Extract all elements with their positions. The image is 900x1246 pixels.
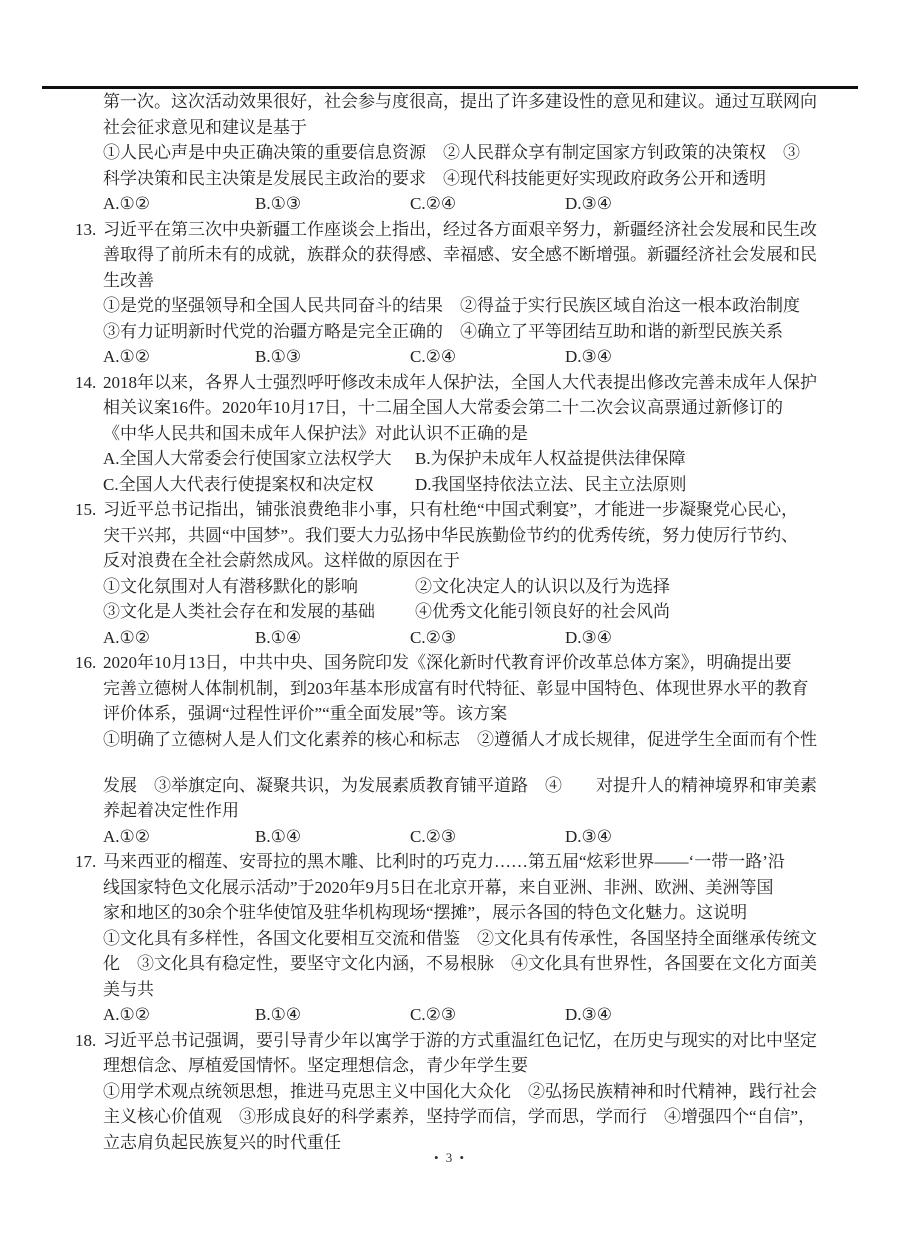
answer-row: A.①②B.①④C.②③D.③④ bbox=[75, 824, 875, 850]
answer-row: A.①②B.①③C.②④D.③④ bbox=[75, 344, 875, 370]
question-text: 2020年10月13日，中共中央、国务院印发《深化新时代教育评价改革总体方案》，… bbox=[103, 653, 792, 672]
answer-option-b: B.为保护未成年人权益提供法律保障 bbox=[415, 446, 686, 472]
answer-row-ab: A.全国人大常委会行使国家立法权学大B.为保护未成年人权益提供法律保障 bbox=[75, 446, 875, 472]
statement-line: 科学决策和民主决策是发展民主政治的要求 ④现代科技能更好实现政府政务公开和透明 bbox=[75, 166, 875, 192]
question-text: 马来西亚的榴莲、安哥拉的黑木雕、比利时的巧克力……第五届“炫彩世界——‘一带一路… bbox=[103, 852, 785, 871]
question-17: 17.马来西亚的榴莲、安哥拉的黑木雕、比利时的巧克力……第五届“炫彩世界——‘一… bbox=[75, 849, 875, 1028]
statement-line: ①人民心声是中央正确决策的重要信息资源 ②人民群众享有制定国家方钊政策的决策权 … bbox=[75, 140, 875, 166]
answer-option-c: C.②③ bbox=[410, 824, 565, 850]
question-number: 18. bbox=[75, 1028, 103, 1054]
question-14: 14.2018年以来，各界人士强烈呼吁修改未成年人保护法，全国人大代表提出修改完… bbox=[75, 370, 875, 498]
exam-page-body: 第一次。这次活动效果很好，社会参与度很高，提出了许多建设性的意见和建议。通过互联… bbox=[75, 89, 875, 1155]
text-line: 宊干兴邦，共圆“中国梦”。我们要大力弘扬中华民族勤俭节约的优秀传统，努力使厉行节… bbox=[75, 523, 875, 549]
text-line: 相关议案16件。2020年10月17日，十二届全国人大常委会第二十二次会议高票通… bbox=[75, 395, 875, 421]
answer-option-a: A.①② bbox=[103, 344, 255, 370]
answer-option-d: D.我国坚持依法立法、民主立法原则 bbox=[415, 472, 687, 498]
answer-option-a: A.①② bbox=[103, 625, 255, 651]
statement-line: 主义核心价值观 ③形成良好的科学素养，坚持学而信，学而思，学而行 ④增强四个“自… bbox=[75, 1104, 875, 1130]
text-line: 《中华人民共和国未成年人保护法》对此认识不正确的是 bbox=[75, 421, 875, 447]
statement-2: ②文化决定人的认识以及行为选择 bbox=[415, 574, 670, 600]
statement-row-1-2: ①文化氛围对人有潜移默化的影响②文化决定人的认识以及行为选择 bbox=[75, 574, 875, 600]
statement-line: ①是党的坚强领导和全国人民共同奋斗的结果 ②得益于实行民族区域自治这一根本政治制… bbox=[75, 293, 875, 319]
question-first-line: 16.2020年10月13日，中共中央、国务院印发《深化新时代教育评价改革总体方… bbox=[75, 650, 875, 676]
question-first-line: 14.2018年以来，各界人士强烈呼吁修改未成年人保护法，全国人大代表提出修改完… bbox=[75, 370, 875, 396]
answer-row: A.①②B.①③C.②④D.③④ bbox=[75, 191, 875, 217]
statement-line: ①明确了立德树人是人们文化素养的核心和标志 ②遵循人才成长规律，促进学生全面而有… bbox=[75, 727, 875, 753]
question-text: 习近平总书记强调，要引导青少年以寓学于游的方式重温红色记忆，在历史与现实的对比中… bbox=[103, 1031, 817, 1050]
question-text: 习近平总书记指出，铺张浪费绝非小事，只有杜绝“中国式剩宴”，才能进一步凝聚党心民… bbox=[103, 500, 798, 519]
answer-option-c: C.②③ bbox=[410, 625, 565, 651]
answer-row-cd: C.全国人大代表行使提案权和决定权D.我国坚持依法立法、民主立法原则 bbox=[75, 472, 875, 498]
answer-option-b: B.①③ bbox=[255, 191, 410, 217]
question-number: 17. bbox=[75, 849, 103, 875]
statement-line: ①文化具有多样性，各国文化要相互交流和借鉴 ②文化具有传承性，各国坚持全面继承传… bbox=[75, 926, 875, 952]
question-15: 15.习近平总书记指出，铺张浪费绝非小事，只有杜绝“中国式剩宴”，才能进一步凝聚… bbox=[75, 497, 875, 650]
answer-option-d: D.③④ bbox=[565, 824, 612, 850]
answer-option-a: A.①② bbox=[103, 824, 255, 850]
text-line: 评价体系，强调“过程性评价”“重全面发展”等。该方案 bbox=[75, 701, 875, 727]
question-first-line: 18.习近平总书记强调，要引导青少年以寓学于游的方式重温红色记忆，在历史与现实的… bbox=[75, 1028, 875, 1054]
statement-4: ④优秀文化能引领良好的社会风尚 bbox=[415, 599, 670, 625]
question-number: 15. bbox=[75, 497, 103, 523]
question-first-line: 15.习近平总书记指出，铺张浪费绝非小事，只有杜绝“中国式剩宴”，才能进一步凝聚… bbox=[75, 497, 875, 523]
blank-line bbox=[75, 752, 875, 773]
question-16: 16.2020年10月13日，中共中央、国务院印发《深化新时代教育评价改革总体方… bbox=[75, 650, 875, 849]
answer-option-d: D.③④ bbox=[565, 1002, 612, 1028]
question-12-continuation: 第一次。这次活动效果很好，社会参与度很高，提出了许多建设性的意见和建议。通过互联… bbox=[75, 89, 875, 217]
question-first-line: 13.习近平在第三次中央新疆工作座谈会上指出，经过各方面艰辛努力，新疆经济社会发… bbox=[75, 217, 875, 243]
question-number: 14. bbox=[75, 370, 103, 396]
statement-line: 发展 ③举旗定向、凝聚共识，为发展素质教育铺平道路 ④ 对提升人的精神境界和审美… bbox=[75, 773, 875, 799]
answer-option-c: C.全国人大代表行使提案权和决定权 bbox=[103, 472, 374, 498]
answer-option-c: C.②③ bbox=[410, 1002, 565, 1028]
text-line: 善取得了前所未有的成就，族群众的获得感、幸福感、安全感不断增强。新疆经济社会发展… bbox=[75, 242, 875, 268]
text-line: 社会征求意见和建议是基于 bbox=[75, 115, 875, 141]
text-line: 理想信念、厚植爱国情怀。坚定理想信念，青少年学生要 bbox=[75, 1053, 875, 1079]
statement-line: 化 ③文化具有稳定性，要坚守文化内涵，不易根脉 ④文化具有世界性，各国要在文化方… bbox=[75, 951, 875, 977]
answer-option-d: D.③④ bbox=[565, 191, 612, 217]
answer-option-b: B.①③ bbox=[255, 344, 410, 370]
text-line: 家和地区的30余个驻华使馆及驻华机构现场“摆摊”，展示各国的特色文化魅力。这说明 bbox=[75, 900, 875, 926]
answer-option-d: D.③④ bbox=[565, 344, 612, 370]
question-text: 2018年以来，各界人士强烈呼吁修改未成年人保护法，全国人大代表提出修改完善未成… bbox=[103, 373, 817, 392]
answer-option-b: B.①④ bbox=[255, 625, 410, 651]
answer-option-d: D.③④ bbox=[565, 625, 612, 651]
statement-line: 美与共 bbox=[75, 977, 875, 1003]
statement-row-3-4: ③文化是人类社会存在和发展的基础④优秀文化能引领良好的社会风尚 bbox=[75, 599, 875, 625]
text-line: 完善立德树人体制机制，到203年基本形成富有时代特征、彰显中国特色、体现世界水平… bbox=[75, 676, 875, 702]
answer-row: A.①②B.①④C.②③D.③④ bbox=[75, 1002, 875, 1028]
text-line: 线国家特色文化展示活动”于2020年9月5日在北京开幕，来自亚洲、非洲、欧洲、美… bbox=[75, 875, 875, 901]
question-number: 13. bbox=[75, 217, 103, 243]
answer-option-b: B.①④ bbox=[255, 824, 410, 850]
statement-1: ①文化氛围对人有潜移默化的影响 bbox=[103, 574, 358, 600]
answer-option-c: C.②④ bbox=[410, 191, 565, 217]
question-18: 18.习近平总书记强调，要引导青少年以寓学于游的方式重温红色记忆，在历史与现实的… bbox=[75, 1028, 875, 1156]
answer-option-c: C.②④ bbox=[410, 344, 565, 370]
statement-line: ③有力证明新时代党的治疆方略是完全正确的 ④确立了平等团结互助和谐的新型民族关系 bbox=[75, 319, 875, 345]
answer-option-a: A.①② bbox=[103, 1002, 255, 1028]
answer-option-b: B.①④ bbox=[255, 1002, 410, 1028]
statement-3: ③文化是人类社会存在和发展的基础 bbox=[103, 599, 375, 625]
text-line: 第一次。这次活动效果很好，社会参与度很高，提出了许多建设性的意见和建议。通过互联… bbox=[75, 89, 875, 115]
answer-option-a: A.全国人大常委会行使国家立法权学大 bbox=[103, 446, 392, 472]
question-text: 习近平在第三次中央新疆工作座谈会上指出，经过各方面艰辛努力，新疆经济社会发展和民… bbox=[103, 220, 817, 239]
answer-option-a: A.①② bbox=[103, 191, 255, 217]
statement-line: 养起着决定性作用 bbox=[75, 798, 875, 824]
statement-line: ①用学术观点统领思想，推进马克思主义中国化大众化 ②弘扬民族精神和时代精神，践行… bbox=[75, 1079, 875, 1105]
page-number: • 3 • bbox=[0, 1150, 900, 1166]
text-line: 反对浪费在全社会蔚然成风。这样做的原因在于 bbox=[75, 548, 875, 574]
question-first-line: 17.马来西亚的榴莲、安哥拉的黑木雕、比利时的巧克力……第五届“炫彩世界——‘一… bbox=[75, 849, 875, 875]
question-number: 16. bbox=[75, 650, 103, 676]
question-13: 13.习近平在第三次中央新疆工作座谈会上指出，经过各方面艰辛努力，新疆经济社会发… bbox=[75, 217, 875, 370]
answer-row: A.①②B.①④C.②③D.③④ bbox=[75, 625, 875, 651]
text-line: 生改善 bbox=[75, 268, 875, 294]
